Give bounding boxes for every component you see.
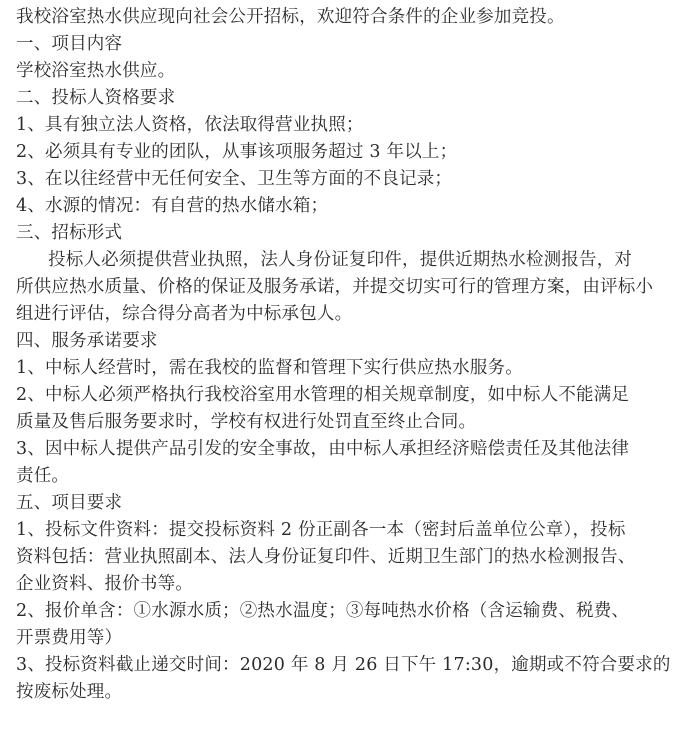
qualification-item: 2、必须具有专业的团队，从事该项服务超过 3 年以上； — [16, 139, 457, 165]
qualification-item: 4、水源的情况：有自营的热水储水箱； — [16, 193, 328, 219]
project-requirement-text: 企业资料、报价书等。 — [16, 571, 193, 597]
service-commitment-text: 责任。 — [16, 463, 69, 489]
project-requirement-text: 资料包括：营业执照副本、法人身份证复印件、近期卫生部门的热水检测报告、 — [16, 544, 636, 570]
tender-format-text: 所供应热水质量、价格的保证及服务承诺，并提交切实可行的管理方案，由评标小 — [16, 274, 653, 300]
section-heading-bidder-qualifications: 二、投标人资格要求 — [16, 85, 175, 111]
service-commitment-text: 质量及售后服务要求时，学校有权进行处罚直至终止合同。 — [16, 409, 476, 435]
tender-format-text: 投标人必须提供营业执照，法人身份证复印件，提供近期热水检测报告，对 — [48, 247, 632, 273]
qualification-item: 3、在以往经营中无任何安全、卫生等方面的不良记录； — [16, 166, 452, 192]
project-requirement-text: 1、投标文件资料：提交投标资料 2 份正副各一本（密封后盖单位公章），投标 — [16, 517, 626, 543]
service-commitment-text: 1、中标人经营时，需在我校的监督和管理下实行供应热水服务。 — [16, 355, 523, 381]
project-requirement-text: 2、报价单含：①水源水质；②热水温度；③每吨热水价格（含运输费、税费、 — [16, 598, 629, 624]
section-heading-tender-format: 三、招标形式 — [16, 220, 122, 246]
section-heading-project-requirements: 五、项目要求 — [16, 490, 122, 516]
intro-text: 我校浴室热水供应现向社会公开招标，欢迎符合条件的企业参加竞投。 — [16, 4, 565, 30]
project-requirement-text: 开票费用等） — [16, 625, 122, 651]
service-commitment-text: 3、因中标人提供产品引发的安全事故，由中标人承担经济赔偿责任及其他法律 — [16, 436, 629, 462]
qualification-item: 1、具有独立法人资格，依法取得营业执照； — [16, 112, 364, 138]
section-heading-project-content: 一、项目内容 — [16, 31, 122, 57]
project-requirement-text: 按废标处理。 — [16, 679, 122, 705]
project-requirement-text: 3、投标资料截止递交时间：2020 年 8 月 26 日下午 17:30，逾期或… — [16, 652, 671, 678]
tender-format-text: 组进行评估，综合得分高者为中标承包人。 — [16, 301, 352, 327]
section-heading-service-commitments: 四、服务承诺要求 — [16, 328, 158, 354]
service-commitment-text: 2、中标人必须严格执行我校浴室用水管理的相关规章制度，如中标人不能满足 — [16, 382, 629, 408]
project-content-text: 学校浴室热水供应。 — [16, 58, 175, 84]
